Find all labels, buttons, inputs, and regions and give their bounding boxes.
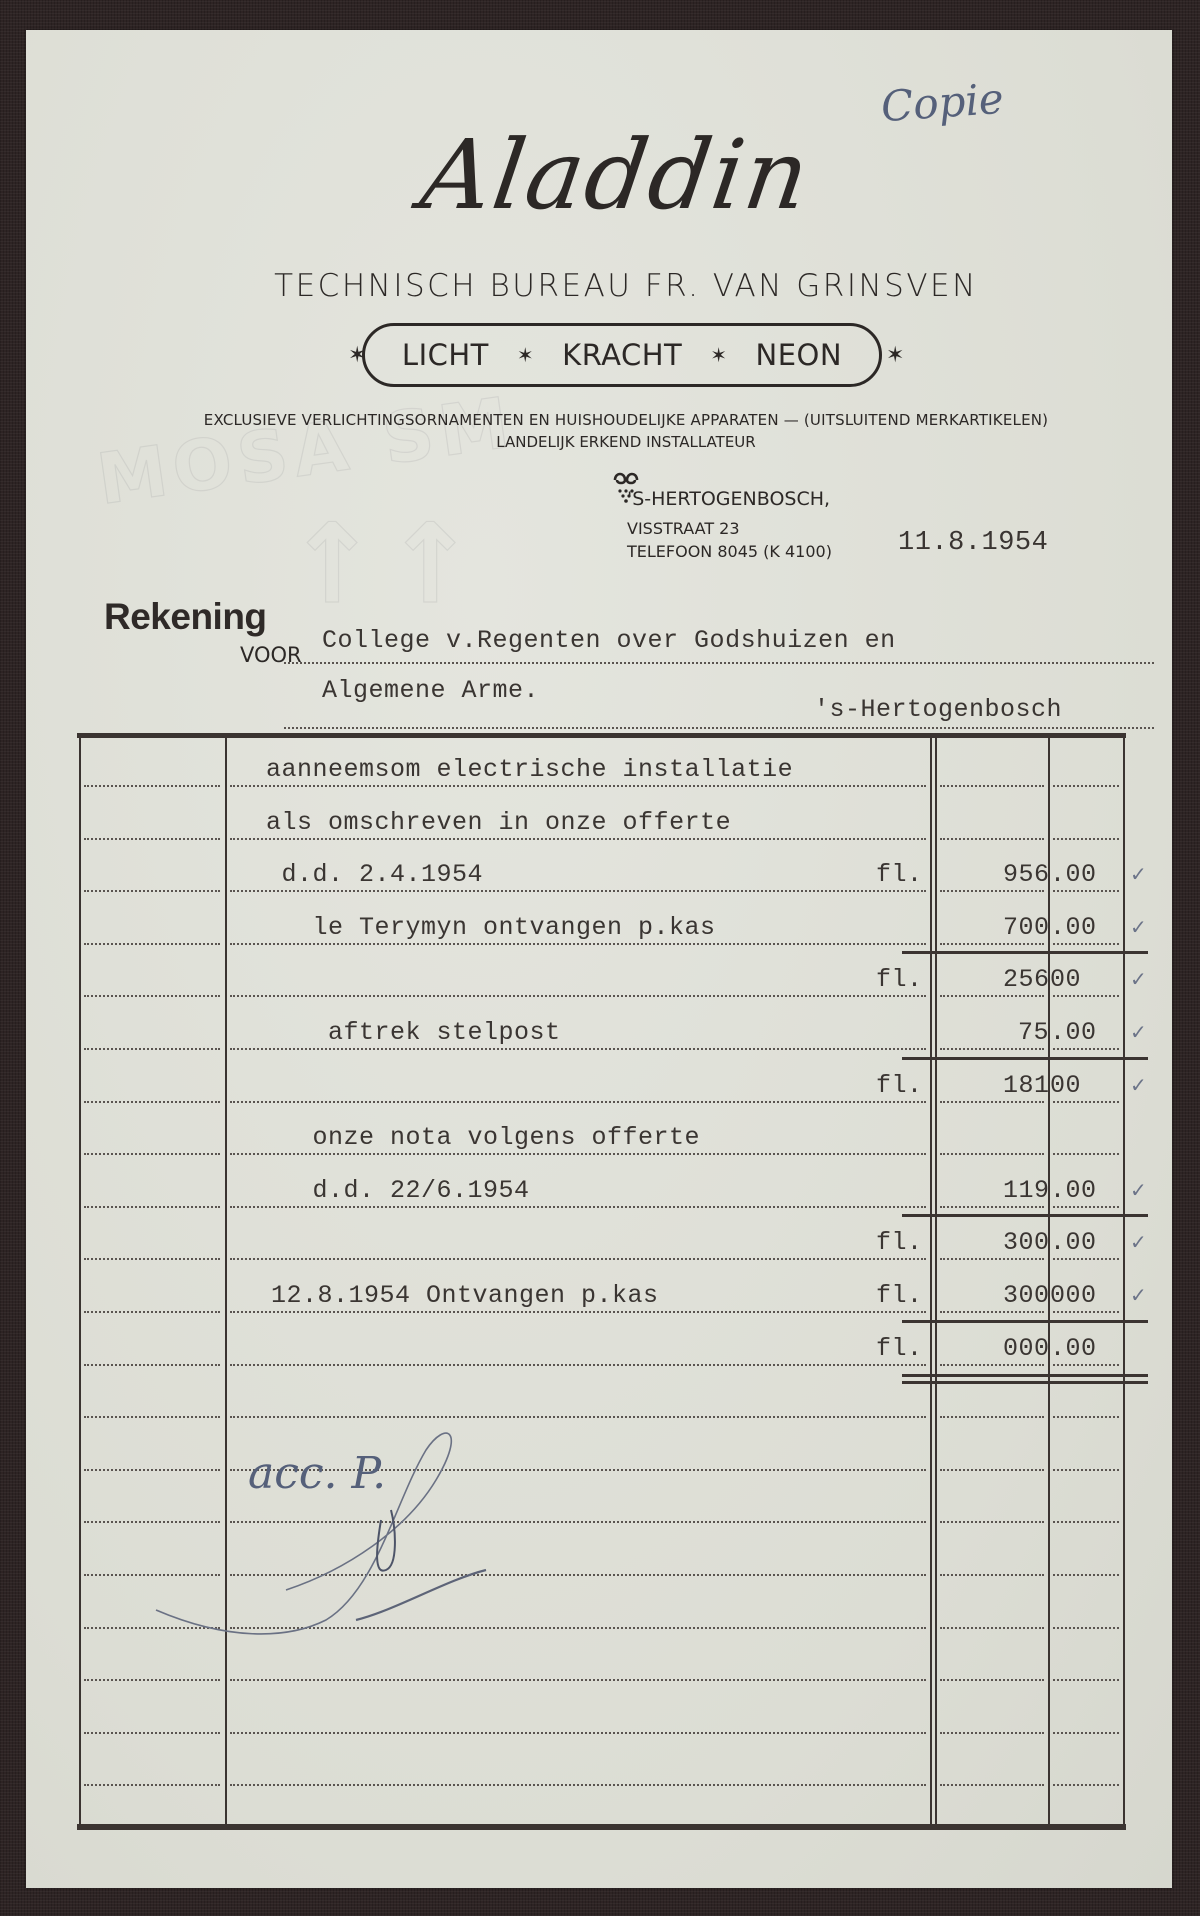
row-dotted-line (84, 1101, 220, 1103)
row-amount-decimals: 00 (1050, 1071, 1081, 1100)
row-dotted-line (1053, 1311, 1119, 1313)
row-currency: fl. (876, 1334, 923, 1363)
row-dotted-line (1053, 1048, 1119, 1050)
row-dotted-line (84, 995, 220, 997)
row-dotted-line (230, 1311, 926, 1313)
row-amount-decimals: .00 (1050, 1176, 1097, 1205)
row-dotted-line (230, 785, 926, 787)
column-line (930, 737, 932, 1825)
row-dotted-line (940, 1048, 1044, 1050)
row-description: onze nota volgens offerte (313, 1123, 701, 1152)
row-dotted-line (230, 1206, 926, 1208)
row-dotted-line (1053, 890, 1119, 892)
row-dotted-line (230, 890, 926, 892)
row-amount-decimals: .00 (1050, 1018, 1097, 1047)
checkmark-icon: ✓ (1130, 1020, 1147, 1044)
row-dotted-line (1053, 995, 1119, 997)
row-dotted-line (230, 1679, 926, 1681)
row-amount: 181 (1003, 1071, 1050, 1100)
checkmark-icon: ✓ (1130, 1178, 1147, 1202)
row-dotted-line (1053, 1732, 1119, 1734)
table-bottom-border (77, 1824, 1126, 1830)
row-dotted-line (1053, 1206, 1119, 1208)
row-description: le Terymyn ontvangen p.kas (313, 913, 716, 942)
row-dotted-line (1053, 943, 1119, 945)
row-amount: 75 (1018, 1018, 1049, 1047)
row-dotted-line (1053, 1574, 1119, 1576)
checkmark-icon: ✓ (1130, 967, 1147, 991)
row-description: 12.8.1954 Ontvangen p.kas (271, 1281, 659, 1310)
row-dotted-line (84, 890, 220, 892)
row-amount-decimals: .00 (1050, 860, 1097, 889)
table-top-border (77, 733, 1126, 738)
row-dotted-line (230, 1258, 926, 1260)
row-dotted-line (84, 785, 220, 787)
total-double-rule (902, 1374, 1148, 1377)
signature-flourish (146, 1410, 566, 1650)
row-dotted-line (84, 1206, 220, 1208)
row-dotted-line (84, 1679, 220, 1681)
row-currency: fl. (876, 1071, 923, 1100)
row-dotted-line (230, 995, 926, 997)
row-amount: 300 (1003, 1281, 1050, 1310)
row-dotted-line (1053, 1416, 1119, 1418)
checkmark-icon: ✓ (1130, 915, 1147, 939)
row-dotted-line (84, 1258, 220, 1260)
row-dotted-line (230, 838, 926, 840)
row-dotted-line (940, 1416, 1044, 1418)
row-dotted-line (1053, 785, 1119, 787)
row-dotted-line (940, 1521, 1044, 1523)
row-dotted-line (230, 1153, 926, 1155)
row-description: d.d. 2.4.1954 (282, 860, 484, 889)
row-amount: 300 (1003, 1228, 1050, 1257)
row-dotted-line (230, 943, 926, 945)
row-dotted-line (230, 1784, 926, 1786)
sum-rule (902, 1320, 1148, 1323)
row-dotted-line (940, 1101, 1044, 1103)
row-dotted-line (1053, 1469, 1119, 1471)
row-dotted-line (84, 1311, 220, 1313)
column-line (225, 737, 227, 1825)
row-dotted-line (1053, 1153, 1119, 1155)
row-amount: 956 (1003, 860, 1050, 889)
row-dotted-line (940, 1732, 1044, 1734)
row-dotted-line (1053, 1627, 1119, 1629)
row-currency: fl. (876, 965, 923, 994)
row-dotted-line (940, 1574, 1044, 1576)
row-currency: fl. (876, 1228, 923, 1257)
row-dotted-line (940, 1153, 1044, 1155)
row-amount: 000 (1003, 1334, 1050, 1363)
checkmark-icon: ✓ (1130, 1283, 1147, 1307)
column-line (79, 737, 81, 1825)
row-dotted-line (230, 1732, 926, 1734)
row-amount: 700 (1003, 913, 1050, 942)
row-dotted-line (940, 838, 1044, 840)
row-dotted-line (940, 1784, 1044, 1786)
row-currency: fl. (876, 860, 923, 889)
row-dotted-line (940, 1469, 1044, 1471)
sum-rule (902, 1214, 1148, 1217)
row-dotted-line (230, 1364, 926, 1366)
row-dotted-line (230, 1101, 926, 1103)
row-description: aanneemsom electrische installatie (266, 755, 793, 784)
row-dotted-line (940, 890, 1044, 892)
row-dotted-line (1053, 1364, 1119, 1366)
row-dotted-line (940, 995, 1044, 997)
row-dotted-line (940, 943, 1044, 945)
sum-rule (902, 951, 1148, 954)
checkmark-icon: ✓ (1130, 1230, 1147, 1254)
row-amount-decimals: 00 (1050, 965, 1081, 994)
checkmark-icon: ✓ (1130, 1073, 1147, 1097)
row-dotted-line (1053, 838, 1119, 840)
row-dotted-line (1053, 1521, 1119, 1523)
row-amount-decimals: 000 (1050, 1281, 1097, 1310)
sum-rule (902, 1057, 1148, 1060)
column-line (935, 737, 937, 1825)
row-currency: fl. (876, 1281, 923, 1310)
column-line (1123, 737, 1125, 1825)
row-amount-decimals: .00 (1050, 913, 1097, 942)
row-dotted-line (940, 1679, 1044, 1681)
row-dotted-line (1053, 1784, 1119, 1786)
row-dotted-line (230, 1048, 926, 1050)
row-dotted-line (940, 1258, 1044, 1260)
row-amount: 119 (1003, 1176, 1050, 1205)
total-double-rule (902, 1381, 1148, 1384)
row-amount: 256 (1003, 965, 1050, 994)
invoice-paper: MOSA SM ↑↑ Copie Aladdin TECHNISCH BUREA… (26, 30, 1172, 1888)
row-dotted-line (940, 1311, 1044, 1313)
row-dotted-line (84, 1153, 220, 1155)
row-dotted-line (940, 1364, 1044, 1366)
row-dotted-line (84, 1784, 220, 1786)
row-dotted-line (84, 943, 220, 945)
row-dotted-line (84, 838, 220, 840)
row-description: aftrek stelpost (328, 1018, 561, 1047)
row-dotted-line (1053, 1101, 1119, 1103)
row-amount-decimals: .00 (1050, 1334, 1097, 1363)
row-description: als omschreven in onze offerte (266, 808, 731, 837)
row-amount-decimals: .00 (1050, 1228, 1097, 1257)
row-dotted-line (1053, 1679, 1119, 1681)
row-dotted-line (940, 1206, 1044, 1208)
row-dotted-line (940, 785, 1044, 787)
row-dotted-line (84, 1364, 220, 1366)
row-dotted-line (1053, 1258, 1119, 1260)
row-dotted-line (940, 1627, 1044, 1629)
row-dotted-line (84, 1048, 220, 1050)
row-dotted-line (84, 1732, 220, 1734)
row-description: d.d. 22/6.1954 (313, 1176, 530, 1205)
checkmark-icon: ✓ (1130, 862, 1147, 886)
